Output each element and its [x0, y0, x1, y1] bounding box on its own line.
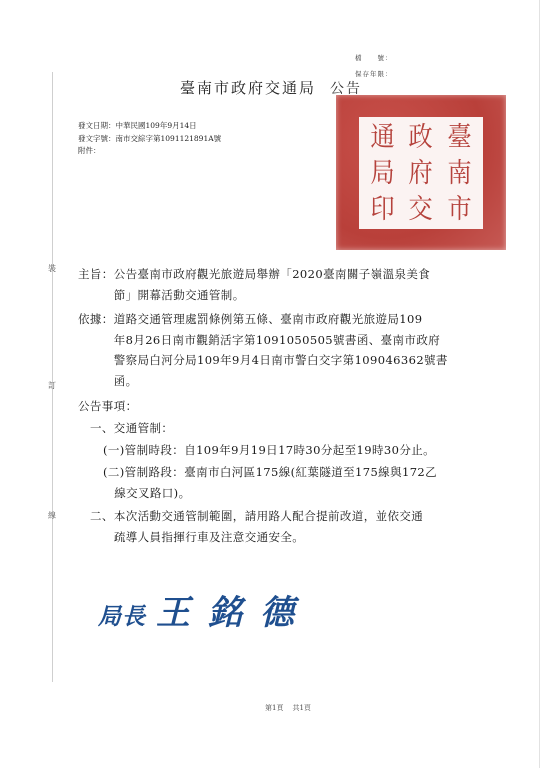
seal-char: 交 — [409, 196, 433, 223]
binding-label-ding: 訂 — [48, 380, 56, 391]
subject-line: 公告臺南市政府觀光旅遊局舉辦「2020臺南關子嶺溫泉美食 — [114, 264, 498, 285]
basis-line: 道路交通管理處罰條例第五條、臺南市政府觀光旅遊局109 — [114, 309, 498, 330]
file-number-label: 檔 號： — [355, 53, 393, 62]
seal-char: 局 — [370, 160, 394, 187]
binding-label-zhuang: 裝 — [48, 263, 56, 274]
seal-char: 臺 — [447, 124, 471, 151]
document-title: 臺南市政府交通局公告 — [180, 77, 362, 98]
item-2-label: 二、 — [90, 506, 114, 547]
header-fields: 發文日期：中華民國109年9月14日 發文字號：南市交綜字第1091121891… — [78, 120, 221, 158]
issue-date-value: 中華民國109年9月14日 — [116, 121, 197, 130]
item-1-sub-1: (一)管制時段： 自109年9月19日17時30分起至19時30分止。 — [103, 440, 503, 461]
basis-line: 警察局白河分局109年9月4日南市警白交字第109046362號書 — [114, 350, 498, 371]
announcement-heading: 公告事項： — [78, 396, 498, 417]
basis-label: 依據： — [78, 309, 114, 391]
control-period-label: (一)管制時段： — [103, 440, 184, 461]
attachment-row: 附件： — [78, 145, 221, 158]
signature-block: 局長王銘德 — [98, 585, 312, 634]
seal-char: 通 — [370, 124, 394, 151]
signatory-title: 局長 — [98, 604, 146, 630]
binding-margin-line — [52, 72, 53, 682]
doc-number-row: 發文字號：南市交綜字第1091121891A號 — [78, 133, 221, 146]
seal-char: 政 — [409, 124, 433, 151]
basis-line: 函。 — [114, 371, 498, 392]
item-2: 二、 本次活動交通管制範圍，請用路人配合提前改道，並依交通 疏導人員指揮行車及注… — [90, 506, 500, 547]
doc-number-value: 南市交綜字第1091121891A號 — [116, 134, 222, 143]
seal-inner-field: 臺 南 市 政 府 交 通 局 印 — [359, 117, 483, 229]
agency-name: 臺南市政府交通局 — [180, 79, 316, 97]
item-2-line: 本次活動交通管制範圍，請用路人配合提前改道，並依交通 — [114, 506, 500, 527]
issue-date-label: 發文日期： — [78, 121, 116, 130]
control-section-line: 臺南市白河區175線(紅葉隧道至175線與172乙 — [184, 462, 503, 483]
subject-section: 主旨： 公告臺南市政府觀光旅遊局舉辦「2020臺南關子嶺溫泉美食 節」開幕活動交… — [78, 264, 498, 305]
document-type: 公告 — [330, 81, 362, 97]
subject-line: 節」開幕活動交通管制。 — [114, 285, 498, 306]
seal-char: 市 — [447, 196, 471, 223]
page-total: 共1頁 — [292, 704, 310, 712]
seal-char: 府 — [409, 160, 433, 187]
basis-section: 依據： 道路交通管理處罰條例第五條、臺南市政府觀光旅遊局109 年8月26日南市… — [78, 309, 498, 391]
seal-char: 南 — [447, 160, 471, 187]
binding-label-xian: 線 — [48, 510, 56, 521]
basis-line: 年8月26日南市觀銷活字第1091050505號書函、臺南市政府 — [114, 330, 498, 351]
control-period-value: 自109年9月19日17時30分起至19時30分止。 — [184, 440, 503, 461]
official-seal: 臺 南 市 政 府 交 通 局 印 — [336, 95, 506, 250]
item-2-line: 疏導人員指揮行車及注意交通安全。 — [114, 527, 500, 548]
seal-column: 臺 南 市 — [447, 119, 471, 227]
subject-label: 主旨： — [78, 264, 114, 305]
attachment-label: 附件： — [78, 146, 101, 155]
doc-number-label: 發文字號： — [78, 134, 116, 143]
seal-char: 印 — [370, 196, 394, 223]
item-1-heading: 一、交通管制： — [90, 418, 510, 439]
page-number: 第1頁 — [265, 704, 283, 712]
control-section-line: 線交叉路口)。 — [114, 483, 503, 504]
seal-column: 政 府 交 — [409, 119, 433, 227]
signatory-name: 王銘德 — [156, 593, 312, 633]
page-footer: 第1頁共1頁 — [265, 703, 311, 713]
item-1-sub-2: (二)管制路段： 臺南市白河區175線(紅葉隧道至175線與172乙 線交叉路口… — [103, 462, 503, 503]
seal-column: 通 局 印 — [370, 119, 394, 227]
issue-date-row: 發文日期：中華民國109年9月14日 — [78, 120, 221, 133]
page-edge-line — [539, 0, 540, 768]
